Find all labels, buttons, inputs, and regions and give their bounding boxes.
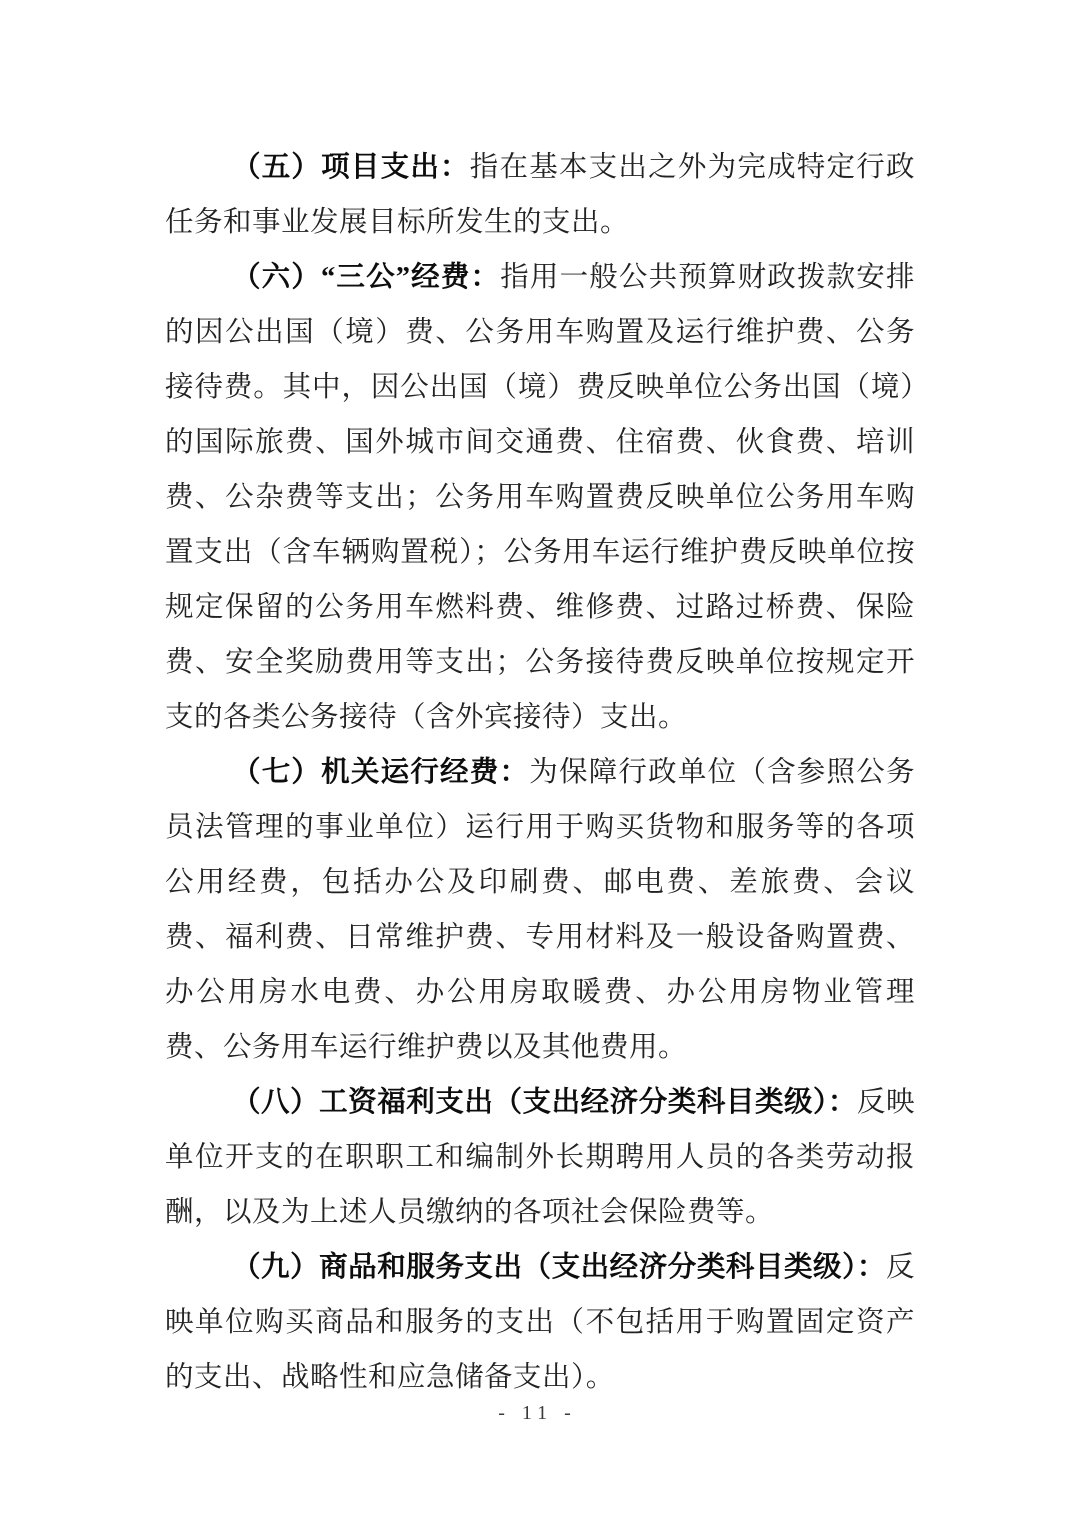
document-body: （五）项目支出：指在基本支出之外为完成特定行政任务和事业发展目标所发生的支出。 … bbox=[165, 140, 915, 1405]
paragraph-heading: （八）工资福利支出（支出经济分类科目类级）： bbox=[232, 1087, 857, 1118]
paragraph-item-6: （六）“三公”经费：指用一般公共预算财政拨款安排的因公出国（境）费、公务用车购置… bbox=[165, 250, 915, 745]
page-number: - 11 - bbox=[0, 1402, 1075, 1425]
paragraph-item-9: （九）商品和服务支出（支出经济分类科目类级）：反映单位购买商品和服务的支出（不包… bbox=[165, 1240, 915, 1405]
paragraph-heading: （五）项目支出： bbox=[232, 152, 470, 183]
paragraph-text: 为保障行政单位（含参照公务员法管理的事业单位）运行用于购买货物和服务等的各项公用… bbox=[165, 757, 915, 1063]
paragraph-item-8: （八）工资福利支出（支出经济分类科目类级）：反映单位开支的在职职工和编制外长期聘… bbox=[165, 1075, 915, 1240]
paragraph-item-5: （五）项目支出：指在基本支出之外为完成特定行政任务和事业发展目标所发生的支出。 bbox=[165, 140, 915, 250]
paragraph-heading: （九）商品和服务支出（支出经济分类科目类级）： bbox=[232, 1252, 886, 1283]
paragraph-heading: （六）“三公”经费： bbox=[232, 262, 500, 293]
paragraph-heading: （七）机关运行经费： bbox=[232, 757, 529, 788]
paragraph-text: 指用一般公共预算财政拨款安排的因公出国（境）费、公务用车购置及运行维护费、公务接… bbox=[165, 262, 915, 733]
paragraph-item-7: （七）机关运行经费：为保障行政单位（含参照公务员法管理的事业单位）运行用于购买货… bbox=[165, 745, 915, 1075]
document-page: （五）项目支出：指在基本支出之外为完成特定行政任务和事业发展目标所发生的支出。 … bbox=[0, 0, 1075, 1520]
